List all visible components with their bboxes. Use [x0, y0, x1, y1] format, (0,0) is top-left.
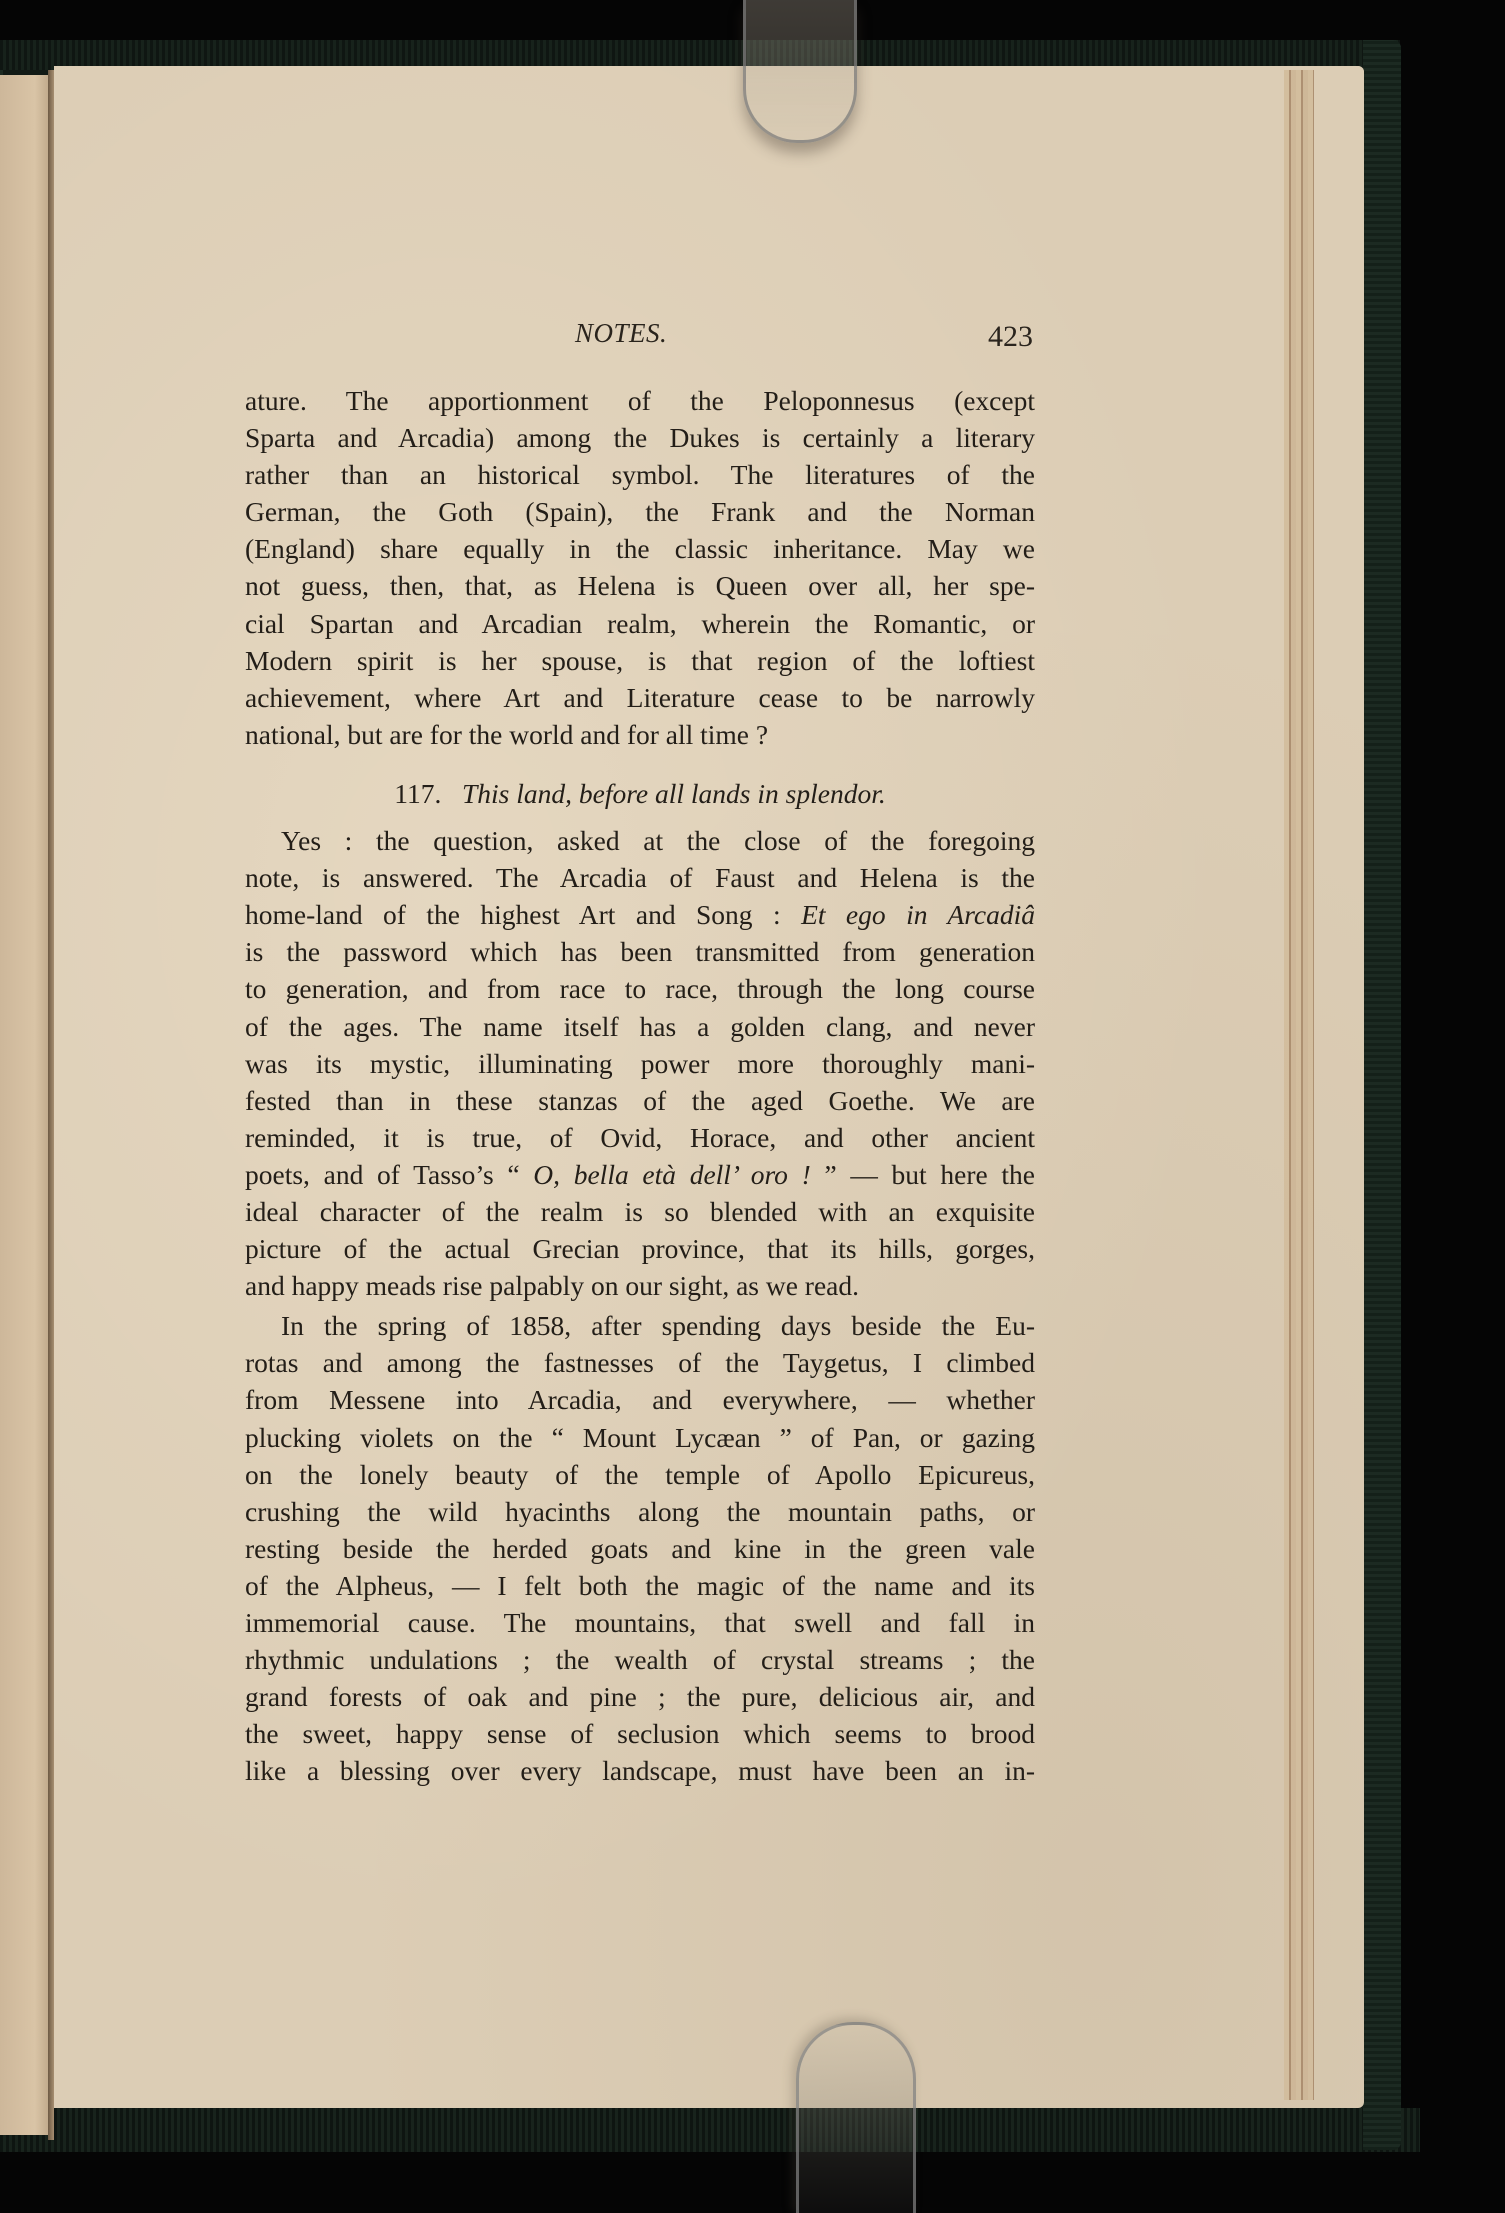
text-run: ” — but here the — [811, 1159, 1035, 1190]
text-line: is the password which has been transmitt… — [245, 933, 1035, 970]
running-head: NOTES. — [575, 318, 667, 349]
text-line: In the spring of 1858, after spending da… — [245, 1307, 1035, 1344]
text-line: home-land of the highest Art and Song : … — [245, 896, 1035, 933]
italian-quote: O, bella età dell’ oro ! — [533, 1159, 810, 1190]
text-line: from Messene into Arcadia, and everywher… — [245, 1381, 1035, 1418]
text-line: crushing the wild hyacinths along the mo… — [245, 1493, 1035, 1530]
text-line: (England) share equally in the classic i… — [245, 530, 1035, 567]
text-line: German, the Goth (Spain), the Frank and … — [245, 493, 1035, 530]
note-heading-117: 117. This land, before all lands in sple… — [245, 775, 1035, 812]
text-line: immemorial cause. The mountains, that sw… — [245, 1604, 1035, 1641]
facing-page-edge — [0, 75, 50, 2135]
text-line: cial Spartan and Arcadian realm, wherein… — [245, 605, 1035, 642]
paragraph-arcadia-travel: In the spring of 1858, after spending da… — [245, 1307, 1035, 1789]
text-line: of the ages. The name itself has a golde… — [245, 1008, 1035, 1045]
text-line: the sweet, happy sense of seclusion whic… — [245, 1715, 1035, 1752]
page-header: NOTES. 423 — [245, 318, 1035, 358]
page-clip-bottom — [796, 2022, 916, 2213]
text-line: ature. The apportionment of the Peloponn… — [245, 382, 1035, 419]
text-line: Sparta and Arcadia) among the Dukes is c… — [245, 419, 1035, 456]
note-number: 117. — [394, 778, 441, 809]
text-line: rotas and among the fastnesses of the Ta… — [245, 1344, 1035, 1381]
text-line: to generation, and from race to race, th… — [245, 970, 1035, 1007]
page-stack-edges — [1284, 70, 1314, 2100]
text-line: fested than in these stanzas of the aged… — [245, 1082, 1035, 1119]
text-line: on the lonely beauty of the temple of Ap… — [245, 1456, 1035, 1493]
text-line: and happy meads rise palpably on our sig… — [245, 1267, 1035, 1304]
text-line: not guess, then, that, as Helena is Quee… — [245, 567, 1035, 604]
text-line: Yes : the question, asked at the close o… — [245, 822, 1035, 859]
text-line: plucking violets on the “ Mount Lycæan ”… — [245, 1419, 1035, 1456]
text-line: like a blessing over every landscape, mu… — [245, 1752, 1035, 1789]
book-cover-bottom-edge — [0, 2108, 1420, 2152]
text-run: poets, and of Tasso’s “ — [245, 1159, 533, 1190]
text-line: grand forests of oak and pine ; the pure… — [245, 1678, 1035, 1715]
note-title: This land, before all lands in splendor. — [462, 778, 886, 809]
book-cover-right-edge — [1363, 40, 1401, 2150]
text-line: reminded, it is true, of Ovid, Horace, a… — [245, 1119, 1035, 1156]
text-line: note, is answered. The Arcadia of Faust … — [245, 859, 1035, 896]
text-line: picture of the actual Grecian province, … — [245, 1230, 1035, 1267]
latin-quote: Et ego in Arcadiâ — [801, 899, 1035, 930]
text-line: poets, and of Tasso’s “ O, bella età del… — [245, 1156, 1035, 1193]
text-line: national, but are for the world and for … — [245, 716, 1035, 753]
page-number: 423 — [988, 320, 1033, 354]
paragraph-note-117: Yes : the question, asked at the close o… — [245, 822, 1035, 1304]
page-body: ature. The apportionment of the Peloponn… — [245, 382, 1035, 1789]
text-line: Modern spirit is her spouse, is that reg… — [245, 642, 1035, 679]
paragraph-continued: ature. The apportionment of the Peloponn… — [245, 382, 1035, 753]
text-line: rhythmic undulations ; the wealth of cry… — [245, 1641, 1035, 1678]
text-line: rather than an historical symbol. The li… — [245, 456, 1035, 493]
text-line: of the Alpheus, — I felt both the magic … — [245, 1567, 1035, 1604]
text-line: achievement, where Art and Literature ce… — [245, 679, 1035, 716]
text-line: ideal character of the realm is so blend… — [245, 1193, 1035, 1230]
text-line: was its mystic, illuminating power more … — [245, 1045, 1035, 1082]
text-line: resting beside the herded goats and kine… — [245, 1530, 1035, 1567]
page-clip-top — [743, 0, 857, 143]
text-run: home-land of the highest Art and Song : — [245, 899, 801, 930]
